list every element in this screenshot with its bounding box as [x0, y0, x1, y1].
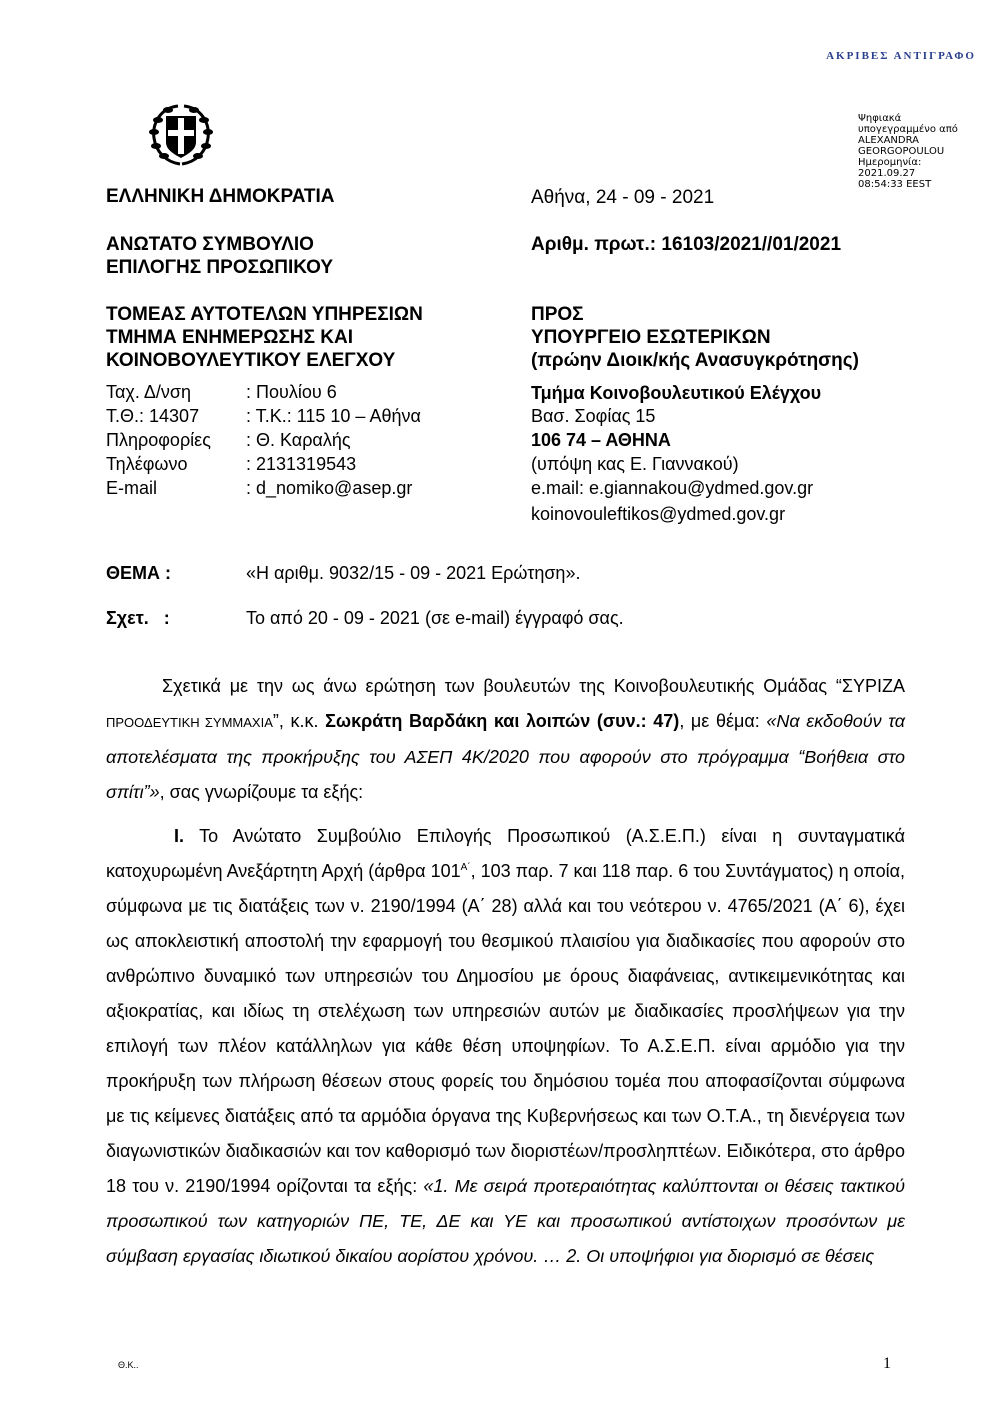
recipient-email1-link[interactable]: e.mail: e.giannakou@ydmed.gov.gr: [531, 476, 813, 500]
contact-value: : Θ. Καραλής: [246, 428, 351, 452]
recipient-street: Βασ. Σοφίας 15: [531, 404, 655, 428]
letter-body: Σχετικά με την ως άνω ερώτηση των βουλευ…: [106, 669, 905, 1274]
signature-line: Ημερομηνία:: [858, 157, 998, 168]
sender-dept-line3: ΚΟΙΝΟΒΟΥΛΕΥΤΙΚΟΥ ΕΛΕΓΧΟΥ: [106, 350, 395, 372]
subject-label: ΘΕΜΑ :: [106, 563, 171, 584]
recipient-former: (πρώην Διοικ/κής Ανασυγκρότησης): [531, 350, 859, 372]
contact-value: : Πουλίου 6: [246, 380, 337, 404]
paragraph-intro: Σχετικά με την ως άνω ερώτηση των βουλευ…: [106, 669, 905, 810]
signature-line: Ψηφιακά: [858, 113, 998, 124]
contact-label: Ταχ. Δ/νση: [106, 380, 191, 404]
subject-value: «Η αριθμ. 9032/15 - 09 - 2021 Ερώτηση».: [246, 563, 580, 584]
signature-line: ALEXANDRA: [858, 135, 998, 146]
greek-coat-of-arms-icon: [148, 100, 214, 170]
recipient-attention: (υπόψη κας Ε. Γιαννακού): [531, 452, 739, 476]
author-initials: Θ.Κ..: [118, 1360, 139, 1370]
contact-label: Τηλέφωνο: [106, 452, 187, 476]
sender-org-line2: ΕΠΙΛΟΓΗΣ ΠΡΟΣΩΠΙΚΟΥ: [106, 257, 333, 279]
sender-country: ΕΛΛΗΝΙΚΗ ΔΗΜΟΚΡΑΤΙΑ: [106, 186, 334, 208]
recipient-dept: Τμήμα Κοινοβουλευτικού Ελέγχου: [531, 381, 821, 405]
certified-copy-stamp: ΑΚΡΙΒΕΣ ΑΝΤΙΓΡΑΦΟ: [826, 50, 976, 62]
contact-label: E-mail: [106, 476, 157, 500]
signature-line: GEORGOPOULOU: [858, 146, 998, 157]
recipient-to: ΠΡΟΣ: [531, 304, 584, 326]
sender-email-link[interactable]: : d_nomiko@asep.gr: [246, 476, 412, 500]
sender-dept-line1: ΤΟΜΕΑΣ ΑΥΤΟΤΕΛΩΝ ΥΠΗΡΕΣΙΩΝ: [106, 304, 423, 326]
reference-value: Το από 20 - 09 - 2021 (σε e-mail) έγγραφ…: [246, 608, 624, 629]
contact-value: : Τ.Κ.: 115 10 – Αθήνα: [246, 404, 421, 428]
recipient-email2-link[interactable]: koinovouleftikos@ydmed.gov.gr: [531, 502, 785, 526]
digital-signature: Ψηφιακά υπογεγραμμένο από ALEXANDRA GEOR…: [858, 113, 998, 190]
recipient-ministry: ΥΠΟΥΡΓΕΙΟ ΕΣΩΤΕΡΙΚΩΝ: [531, 327, 771, 349]
signature-line: υπογεγραμμένο από: [858, 124, 998, 135]
sender-dept-line2: ΤΜΗΜΑ ΕΝΗΜΕΡΩΣΗΣ ΚΑΙ: [106, 327, 353, 349]
contact-label: Τ.Θ.: 14307: [106, 404, 199, 428]
paragraph-section-1: Ι. Το Ανώτατο Συμβούλιο Επιλογής Προσωπι…: [106, 819, 905, 1274]
reference-label: Σχετ. :: [106, 608, 170, 629]
page-number: 1: [883, 1355, 891, 1373]
sender-org-line1: ΑΝΩΤΑΤΟ ΣΥΜΒΟΥΛΙΟ: [106, 234, 314, 256]
document-date: Αθήνα, 24 - 09 - 2021: [531, 186, 714, 210]
recipient-city: 106 74 – ΑΘΗΝΑ: [531, 428, 671, 452]
contact-value: : 2131319543: [246, 452, 356, 476]
protocol-number: Αριθμ. πρωτ.: 16103/2021//01/2021: [531, 234, 841, 256]
contact-label: Πληροφορίες: [106, 428, 211, 452]
signature-line: 2021.09.27: [858, 168, 998, 179]
signature-line: 08:54:33 EEST: [858, 179, 998, 190]
